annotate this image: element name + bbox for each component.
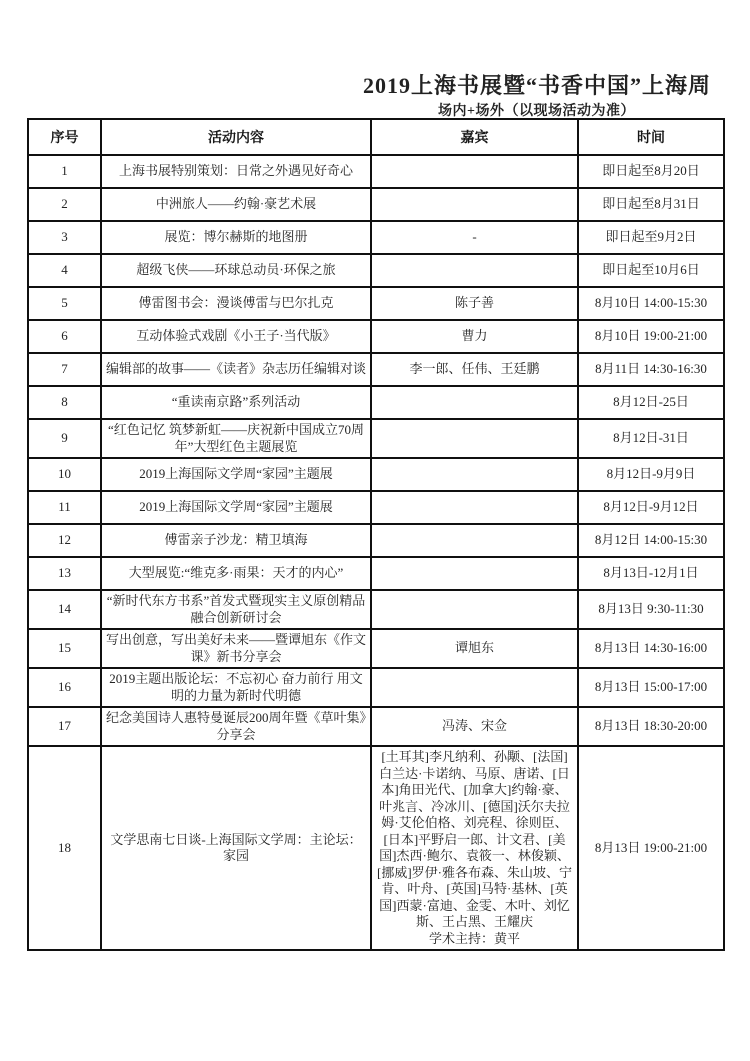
time-cell: 8月13日 18:30-20:00 <box>578 707 724 746</box>
table-row: 5傅雷图书会：漫谈傅雷与巴尔扎克陈子善8月10日 14:00-15:30 <box>28 287 724 320</box>
activity-cell: 展览：博尔赫斯的地图册 <box>101 221 371 254</box>
row-number-cell: 6 <box>28 320 101 353</box>
activity-cell: 互动体验式戏剧《小王子·当代版》 <box>101 320 371 353</box>
guests-cell: 冯涛、宋佥 <box>371 707 578 746</box>
time-cell: 8月12日-9月9日 <box>578 458 724 491</box>
table-row: 18文学思南七日谈-上海国际文学周：主论坛：家园[土耳其]李凡纳利、孙颙、[法国… <box>28 746 724 950</box>
row-number-cell: 2 <box>28 188 101 221</box>
time-cell: 8月12日-31日 <box>578 419 724 458</box>
table-row: 162019主题出版论坛：不忘初心 奋力前行 用文明的力量为新时代明德8月13日… <box>28 668 724 707</box>
table-row: 7编辑部的故事——《读者》杂志历任编辑对谈李一郎、任伟、王廷鹏8月11日 14:… <box>28 353 724 386</box>
time-cell: 8月12日-9月12日 <box>578 491 724 524</box>
row-number-cell: 18 <box>28 746 101 950</box>
guests-cell <box>371 524 578 557</box>
row-number-cell: 9 <box>28 419 101 458</box>
activity-cell: “重读南京路”系列活动 <box>101 386 371 419</box>
activity-cell: “新时代东方书系”首发式暨现实主义原创精品融合创新研讨会 <box>101 590 371 629</box>
activity-cell: “红色记忆 筑梦新虹——庆祝新中国成立70周年”大型红色主题展览 <box>101 419 371 458</box>
guests-cell <box>371 557 578 590</box>
table-row: 4超级飞侠——环球总动员·环保之旅即日起至10月6日 <box>28 254 724 287</box>
time-cell: 8月13日 15:00-17:00 <box>578 668 724 707</box>
time-cell: 8月12日-25日 <box>578 386 724 419</box>
row-number-cell: 11 <box>28 491 101 524</box>
row-number-cell: 3 <box>28 221 101 254</box>
guests-cell <box>371 668 578 707</box>
activity-cell: 2019上海国际文学周“家园”主题展 <box>101 491 371 524</box>
activity-cell: 超级飞侠——环球总动员·环保之旅 <box>101 254 371 287</box>
guests-cell <box>371 155 578 188</box>
table-row: 14“新时代东方书系”首发式暨现实主义原创精品融合创新研讨会8月13日 9:30… <box>28 590 724 629</box>
header-activity: 活动内容 <box>101 119 371 155</box>
guests-cell: 李一郎、任伟、王廷鹏 <box>371 353 578 386</box>
events-table-body: 1上海书展特别策划：日常之外遇见好奇心即日起至8月20日2中洲旅人——约翰·豪艺… <box>28 155 724 950</box>
guests-cell: 曹力 <box>371 320 578 353</box>
time-cell: 8月12日 14:00-15:30 <box>578 524 724 557</box>
page-subtitle: 场内+场外（以现场活动为准） <box>438 100 635 120</box>
row-number-cell: 16 <box>28 668 101 707</box>
time-cell: 即日起至9月2日 <box>578 221 724 254</box>
table-row: 15写出创意，写出美好未来——暨谭旭东《作文课》新书分享会谭旭东8月13日 14… <box>28 629 724 668</box>
guests-cell <box>371 386 578 419</box>
activity-cell: 写出创意，写出美好未来——暨谭旭东《作文课》新书分享会 <box>101 629 371 668</box>
activity-cell: 2019主题出版论坛：不忘初心 奋力前行 用文明的力量为新时代明德 <box>101 668 371 707</box>
time-cell: 8月13日-12月1日 <box>578 557 724 590</box>
activity-cell: 2019上海国际文学周“家园”主题展 <box>101 458 371 491</box>
events-table-header: 序号 活动内容 嘉宾 时间 <box>28 119 724 155</box>
time-cell: 即日起至10月6日 <box>578 254 724 287</box>
activity-cell: 傅雷图书会：漫谈傅雷与巴尔扎克 <box>101 287 371 320</box>
guests-cell <box>371 188 578 221</box>
table-row: 13大型展览:“维克多·雨果：天才的内心”8月13日-12月1日 <box>28 557 724 590</box>
activity-cell: 傅雷亲子沙龙：精卫填海 <box>101 524 371 557</box>
header-number: 序号 <box>28 119 101 155</box>
table-row: 6互动体验式戏剧《小王子·当代版》曹力8月10日 19:00-21:00 <box>28 320 724 353</box>
time-cell: 8月13日 14:30-16:00 <box>578 629 724 668</box>
guests-cell: [土耳其]李凡纳利、孙颙、[法国]白兰达·卡诺纳、马原、唐诺、[日本]角田光代、… <box>371 746 578 950</box>
activity-cell: 编辑部的故事——《读者》杂志历任编辑对谈 <box>101 353 371 386</box>
row-number-cell: 8 <box>28 386 101 419</box>
row-number-cell: 5 <box>28 287 101 320</box>
table-row: 2中洲旅人——约翰·豪艺术展即日起至8月31日 <box>28 188 724 221</box>
time-cell: 8月10日 19:00-21:00 <box>578 320 724 353</box>
row-number-cell: 14 <box>28 590 101 629</box>
guests-cell <box>371 590 578 629</box>
guests-cell <box>371 419 578 458</box>
activity-cell: 纪念美国诗人惠特曼诞辰200周年暨《草叶集》分享会 <box>101 707 371 746</box>
time-cell: 8月13日 19:00-21:00 <box>578 746 724 950</box>
row-number-cell: 7 <box>28 353 101 386</box>
guests-cell <box>371 458 578 491</box>
table-row: 3展览：博尔赫斯的地图册-即日起至9月2日 <box>28 221 724 254</box>
time-cell: 8月11日 14:30-16:30 <box>578 353 724 386</box>
table-row: 1上海书展特别策划：日常之外遇见好奇心即日起至8月20日 <box>28 155 724 188</box>
activity-cell: 大型展览:“维克多·雨果：天才的内心” <box>101 557 371 590</box>
header-row: 序号 活动内容 嘉宾 时间 <box>28 119 724 155</box>
row-number-cell: 10 <box>28 458 101 491</box>
guests-cell: 陈子善 <box>371 287 578 320</box>
row-number-cell: 4 <box>28 254 101 287</box>
page-title: 2019上海书展暨“书香中国”上海周 <box>363 69 711 100</box>
activity-cell: 文学思南七日谈-上海国际文学周：主论坛：家园 <box>101 746 371 950</box>
row-number-cell: 1 <box>28 155 101 188</box>
guests-cell <box>371 254 578 287</box>
table-row: 9“红色记忆 筑梦新虹——庆祝新中国成立70周年”大型红色主题展览8月12日-3… <box>28 419 724 458</box>
table-row: 112019上海国际文学周“家园”主题展8月12日-9月12日 <box>28 491 724 524</box>
time-cell: 8月10日 14:00-15:30 <box>578 287 724 320</box>
time-cell: 即日起至8月31日 <box>578 188 724 221</box>
header-time: 时间 <box>578 119 724 155</box>
activity-cell: 上海书展特别策划：日常之外遇见好奇心 <box>101 155 371 188</box>
table-row: 17纪念美国诗人惠特曼诞辰200周年暨《草叶集》分享会冯涛、宋佥8月13日 18… <box>28 707 724 746</box>
activity-cell: 中洲旅人——约翰·豪艺术展 <box>101 188 371 221</box>
header-guests: 嘉宾 <box>371 119 578 155</box>
row-number-cell: 13 <box>28 557 101 590</box>
time-cell: 8月13日 9:30-11:30 <box>578 590 724 629</box>
row-number-cell: 17 <box>28 707 101 746</box>
row-number-cell: 12 <box>28 524 101 557</box>
guests-cell: - <box>371 221 578 254</box>
row-number-cell: 15 <box>28 629 101 668</box>
table-row: 102019上海国际文学周“家园”主题展8月12日-9月9日 <box>28 458 724 491</box>
guests-cell <box>371 491 578 524</box>
guests-cell: 谭旭东 <box>371 629 578 668</box>
events-table: 序号 活动内容 嘉宾 时间 1上海书展特别策划：日常之外遇见好奇心即日起至8月2… <box>27 118 725 951</box>
table-row: 12傅雷亲子沙龙：精卫填海8月12日 14:00-15:30 <box>28 524 724 557</box>
table-row: 8“重读南京路”系列活动8月12日-25日 <box>28 386 724 419</box>
time-cell: 即日起至8月20日 <box>578 155 724 188</box>
